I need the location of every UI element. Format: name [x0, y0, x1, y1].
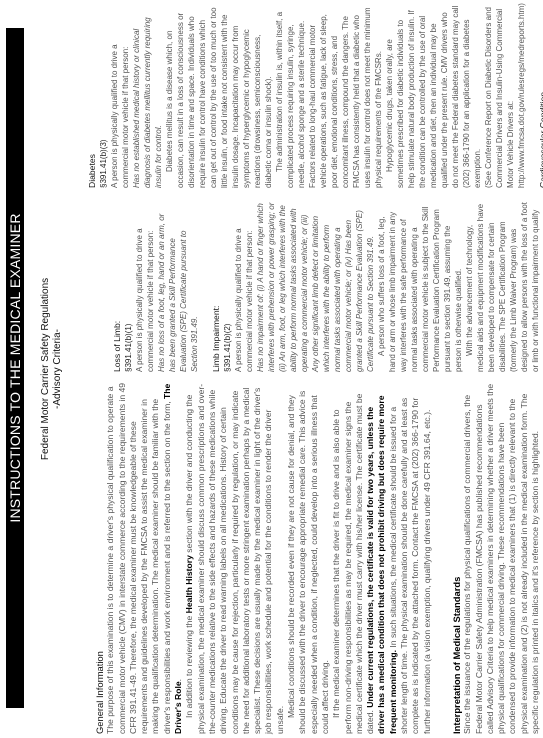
general-information-paragraph-1: The purpose of this examination is to de… [105, 382, 184, 734]
limb-impairment-heading: Limb Impairment: [211, 202, 222, 372]
diabetes-paragraph-6: (See Conference Report on Diabetic Disor… [483, 5, 527, 188]
document-title-line1: Federal Motor Carrier Safety Regulations [40, 0, 52, 738]
diabetes-paragraph-1: A person is physically qualified to driv… [109, 5, 131, 188]
loss-of-limb-heading: Loss of Limb: [112, 202, 123, 372]
diabetes-paragraph-4: The administration of insulin is, within… [274, 5, 384, 188]
interpretation-heading: Interpretation of Medical Standards [451, 382, 462, 734]
diabetes-reference: §391.41(b)(3) [98, 5, 109, 188]
general-information-heading: General Information [94, 382, 105, 734]
diabetes-paragraph-2: Has no established medical history or cl… [131, 5, 164, 188]
loss-of-limb-reference: §391.41(b)(1) [123, 202, 134, 372]
limb-impairment-reference: §391.41(b)(2) [222, 202, 233, 372]
general-information-paragraph-4: If the medical examiner determines that … [331, 382, 433, 734]
column-general: General Information The purpose of this … [58, 382, 541, 734]
diabetes-paragraph-3: Diabetes mellitus is a disease which, on… [164, 5, 274, 188]
limb-impairment-paragraph-3: A person who suffers loss of a foot, leg… [376, 202, 464, 372]
column-diabetes-cardio: Diabetes §391.41(b)(3) A person is physi… [58, 5, 543, 188]
limb-impairment-paragraph-4: With the advancement of technology, medi… [464, 202, 543, 372]
column-limbs: Loss of Limb: §391.41(b)(1) A person is … [58, 202, 543, 372]
document-page: INSTRUCTIONS TO THE MEDICAL EXAMINER Fed… [0, 0, 543, 738]
diabetes-heading: Diabetes [87, 5, 98, 188]
page-banner: INSTRUCTIONS TO THE MEDICAL EXAMINER [6, 28, 24, 708]
loss-of-limb-paragraph-1: A person is physically qualified to driv… [134, 202, 156, 372]
limb-impairment-paragraph-1: A person is physically qualified to driv… [233, 202, 255, 372]
interpretation-paragraph: Since the issuance of the regulations fo… [462, 382, 541, 734]
diabetes-reports-link[interactable]: http://www.fmcsa.dot.gov/rulesregs/medre… [517, 3, 526, 188]
diabetes-paragraph-5: Hypoglycemic drugs, taken orally, are so… [384, 5, 483, 188]
cardiovascular-heading: Cardiovascular Condition [538, 5, 543, 188]
limb-impairment-paragraph-2: Has no impairment of: (i) A hand or fing… [255, 202, 376, 372]
health-history-reference: Health History [184, 555, 194, 613]
general-information-paragraph-3: Medical conditions should be recorded ev… [286, 382, 331, 734]
loss-of-limb-paragraph-2: Has no loss of a foot, leg, hand or an a… [156, 202, 200, 372]
general-information-paragraph-2: In addition to reviewing the Health Hist… [184, 382, 286, 734]
